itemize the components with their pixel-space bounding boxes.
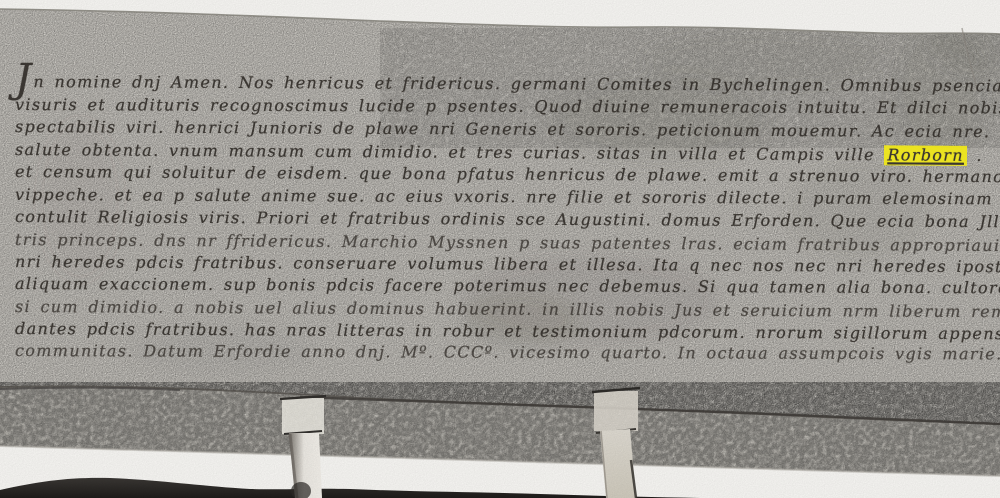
highlighted-word: Rorborn: [884, 145, 967, 166]
manuscript-line-1: Jn nomine dnj Amen. Nos henricus et frid…: [15, 71, 1000, 97]
line-text: salute obtenta. vnum mansum cum dimidio.…: [15, 140, 884, 164]
line-text: n nomine dnj Amen. Nos henricus et fride…: [33, 72, 1000, 95]
manuscript-line-2: visuris et audituris recognoscimus lucid…: [15, 94, 1000, 119]
charter-photo: Jn nomine dnj Amen. Nos henricus et frid…: [0, 0, 1000, 498]
manuscript-line-13: communitas. Datum Erfordie anno dnj. Mº.…: [15, 340, 1000, 365]
manuscript-text: Jn nomine dnj Amen. Nos henricus et frid…: [0, 0, 1000, 498]
line-text: .: [967, 146, 983, 165]
